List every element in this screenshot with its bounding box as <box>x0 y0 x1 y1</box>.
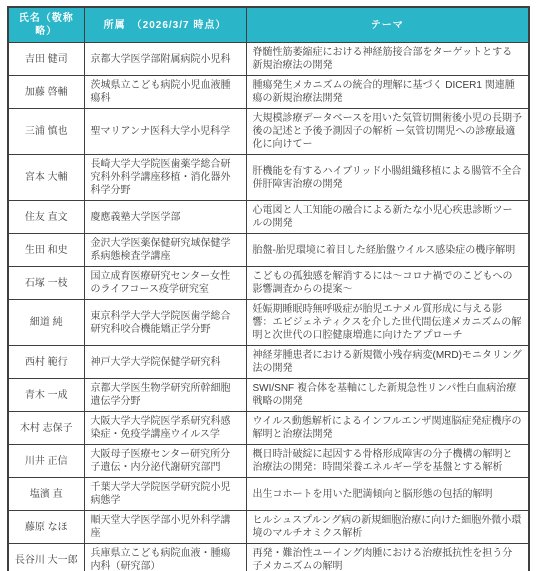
table-row: 川井 正信 大阪母子医療センター研究所分子遺伝・内分泌代謝研究部門 概日時計破綻… <box>8 445 529 478</box>
researcher-affiliation: 京都大学医学部附属病院小児科 <box>84 43 246 76</box>
researcher-name: 住友 直文 <box>8 201 84 234</box>
researcher-name: 川井 正信 <box>8 445 84 478</box>
researcher-name: 石塚 一枝 <box>8 267 84 300</box>
column-header-affiliation: 所属 （2026/3/7 時点） <box>84 7 246 43</box>
column-header-name: 氏名（敬称略） <box>8 7 84 43</box>
table-row: 住友 直文 慶應義塾大学医学部 心電図と人工知能の融合による新たな小児心疾患診断… <box>8 201 529 234</box>
researcher-name: 吉田 健司 <box>8 43 84 76</box>
research-theme: 肝機能を有するハイブリッド小腸組織移植による腸管不全合併肝障害治療の開発 <box>246 155 529 201</box>
researcher-affiliation: 順天堂大学医学部小児外科学講座 <box>84 511 246 544</box>
researcher-name: 細道 純 <box>8 300 84 346</box>
table-header-row: 氏名（敬称略） 所属 （2026/3/7 時点） テーマ <box>8 7 529 43</box>
research-theme: こどもの孤独感を解消するには～コロナ禍でのこどもへの影響調査からの提案～ <box>246 267 529 300</box>
researcher-affiliation: 国立成育医療研究センター女性のライフコース疫学研究室 <box>84 267 246 300</box>
researcher-name: 長谷川 大一郎 <box>8 544 84 571</box>
researcher-name: 塩濱 直 <box>8 478 84 511</box>
researcher-affiliation: 大阪大学大学院医学系研究科感染症・免疫学講座ウイルス学 <box>84 412 246 445</box>
research-theme: 心電図と人工知能の融合による新たな小児心疾患診断ツールの開発 <box>246 201 529 234</box>
researcher-affiliation: 京都大学医生物学研究所幹細胞遺伝学分野 <box>84 379 246 412</box>
researcher-name: 木村 志保子 <box>8 412 84 445</box>
researcher-name: 宮本 大輔 <box>8 155 84 201</box>
table-row: 青木 一成 京都大学医生物学研究所幹細胞遺伝学分野 SWI/SNF 複合体を基軸… <box>8 379 529 412</box>
researcher-table: 氏名（敬称略） 所属 （2026/3/7 時点） テーマ 吉田 健司 京都大学医… <box>7 6 530 571</box>
table-row: 加藤 啓輔 茨城県立こども病院小児血液腫瘍科 腫瘍発生メカニズムの統合的理解に基… <box>8 76 529 109</box>
researcher-name: 青木 一成 <box>8 379 84 412</box>
table-row: 細道 純 東京科学大学大学院医歯学総合研究科咬合機能矯正学分野 妊娠期睡眠時無呼… <box>8 300 529 346</box>
research-theme: 再発・難治性ユーイング肉腫における治療抵抗性を担う分子メカニズムの解明 <box>246 544 529 571</box>
researcher-affiliation: 聖マリアンナ医科大学小児科学 <box>84 109 246 155</box>
researcher-affiliation: 兵庫県立こども病院血液・腫瘍内科（研究部） <box>84 544 246 571</box>
research-theme: 妊娠期睡眠時無呼吸症が胎児エナメル質形成に与える影響：エピジェネティクスを介した… <box>246 300 529 346</box>
researcher-affiliation: 千葉大学大学院医学研究院小児病態学 <box>84 478 246 511</box>
researcher-affiliation: 大阪母子医療センター研究所分子遺伝・内分泌代謝研究部門 <box>84 445 246 478</box>
research-theme: SWI/SNF 複合体を基軸にした新規急性リンパ性白血病治療戦略の開発 <box>246 379 529 412</box>
research-theme: 概日時計破綻に起因する骨格形成障害の分子機構の解明と治療法の開発：時間栄養エネル… <box>246 445 529 478</box>
researcher-name: 生田 和史 <box>8 234 84 267</box>
researcher-name: 藤原 なほ <box>8 511 84 544</box>
table-row: 三浦 慎也 聖マリアンナ医科大学小児科学 大規模診療データベースを用いた気管切開… <box>8 109 529 155</box>
table-row: 西村 範行 神戸大学大学院保健学研究科 神経芽腫患者における新規微小残存病変(M… <box>8 346 529 379</box>
researcher-name: 三浦 慎也 <box>8 109 84 155</box>
researcher-affiliation: 東京科学大学大学院医歯学総合研究科咬合機能矯正学分野 <box>84 300 246 346</box>
researcher-name: 西村 範行 <box>8 346 84 379</box>
table-row: 長谷川 大一郎 兵庫県立こども病院血液・腫瘍内科（研究部） 再発・難治性ユーイン… <box>8 544 529 571</box>
research-theme: ウイルス動態解析によるインフルエンザ関連脳症発症機序の解明と治療法開発 <box>246 412 529 445</box>
table-row: 木村 志保子 大阪大学大学院医学系研究科感染症・免疫学講座ウイルス学 ウイルス動… <box>8 412 529 445</box>
research-theme: 大規模診療データベースを用いた気管切開術後小児の長期予後の記述と予後予測因子の解… <box>246 109 529 155</box>
table-row: 吉田 健司 京都大学医学部附属病院小児科 脊髄性筋萎縮症における神経筋接合部をタ… <box>8 43 529 76</box>
table-row: 塩濱 直 千葉大学大学院医学研究院小児病態学 出生コホートを用いた肥満傾向と脳形… <box>8 478 529 511</box>
table-row: 宮本 大輔 長崎大学大学院医歯薬学総合研究科外科学講座移植・消化器外科学分野 肝… <box>8 155 529 201</box>
researcher-affiliation: 茨城県立こども病院小児血液腫瘍科 <box>84 76 246 109</box>
research-theme: 出生コホートを用いた肥満傾向と脳形態の包括的解明 <box>246 478 529 511</box>
research-theme: 神経芽腫患者における新規微小残存病変(MRD)モニタリング法の開発 <box>246 346 529 379</box>
table-row: 生田 和史 金沢大学医薬保健研究域保健学系病態検査学講座 胎盤-胎児環境に着目し… <box>8 234 529 267</box>
research-theme: 腫瘍発生メカニズムの統合的理解に基づく DICER1 関連腫瘍の新規治療法開発 <box>246 76 529 109</box>
researcher-name: 加藤 啓輔 <box>8 76 84 109</box>
table-row: 石塚 一枝 国立成育医療研究センター女性のライフコース疫学研究室 こどもの孤独感… <box>8 267 529 300</box>
page: 氏名（敬称略） 所属 （2026/3/7 時点） テーマ 吉田 健司 京都大学医… <box>0 0 536 571</box>
researcher-affiliation: 神戸大学大学院保健学研究科 <box>84 346 246 379</box>
research-theme: 胎盤-胎児環境に着目した経胎盤ウイルス感染症の機序解明 <box>246 234 529 267</box>
research-theme: ヒルシュスプルング病の新規細胞治療に向けた細胞外微小環境のマルチオミクス解析 <box>246 511 529 544</box>
table-row: 藤原 なほ 順天堂大学医学部小児外科学講座 ヒルシュスプルング病の新規細胞治療に… <box>8 511 529 544</box>
research-theme: 脊髄性筋萎縮症における神経筋接合部をターゲットとする新規治療法の開発 <box>246 43 529 76</box>
column-header-theme: テーマ <box>246 7 529 43</box>
researcher-affiliation: 慶應義塾大学医学部 <box>84 201 246 234</box>
researcher-affiliation: 長崎大学大学院医歯薬学総合研究科外科学講座移植・消化器外科学分野 <box>84 155 246 201</box>
researcher-affiliation: 金沢大学医薬保健研究域保健学系病態検査学講座 <box>84 234 246 267</box>
